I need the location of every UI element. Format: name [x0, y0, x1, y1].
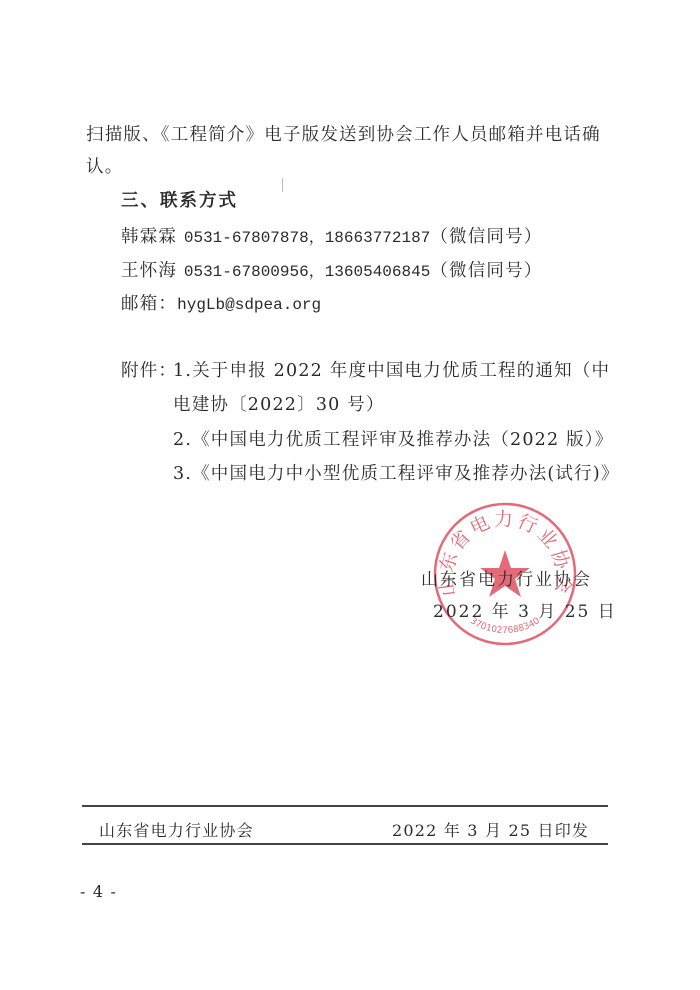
contact-phone: 0531-67800956，13605406845	[184, 263, 430, 281]
signature-organization: 山东省电力行业协会	[421, 565, 592, 590]
contact-name: 王怀海	[121, 261, 177, 281]
email-label: 邮箱：	[121, 294, 177, 314]
contact-row: 王怀海 0531-67800956，13605406845（微信同号）	[121, 257, 543, 282]
attachment-item-2: 2.《中国电力优质工程评审及推荐办法（2022 版）》	[173, 426, 613, 451]
footer-bottom-rule	[82, 843, 608, 845]
paragraph-continuation-line-1: 扫描版、《工程简介》电子版发送到协会工作人员邮箱并电话确	[86, 121, 601, 146]
attachment-item-1: 1.关于申报 2022 年度中国电力优质工程的通知（中	[173, 357, 610, 382]
email-row: 邮箱：hygLb@sdpea.org	[121, 290, 321, 315]
attachment-item-1-cont: 电建协〔2022〕30 号）	[173, 391, 385, 416]
footer-organization: 山东省电力行业协会	[99, 818, 254, 841]
signature-date: 2022 年 3 月 25 日	[433, 597, 617, 622]
section-heading-contact: 三、联系方式	[121, 187, 238, 212]
email-address: hygLb@sdpea.org	[177, 296, 321, 314]
contact-row: 韩霖霖 0531-67807878，18663772187（微信同号）	[121, 223, 543, 248]
contact-name: 韩霖霖	[121, 227, 177, 247]
footer-top-rule	[82, 805, 608, 807]
contact-note: （微信同号）	[430, 261, 542, 281]
scan-mark	[282, 178, 283, 192]
page-number: - 4 -	[80, 882, 117, 901]
contact-phone: 0531-67807878，18663772187	[184, 229, 430, 247]
paragraph-continuation-line-2: 认。	[86, 153, 123, 178]
attachments-label: 附件：	[121, 357, 177, 382]
contact-note: （微信同号）	[430, 227, 542, 247]
footer-issue-date: 2022 年 3 月 25 日印发	[392, 818, 589, 841]
attachment-item-3: 3.《中国电力中小型优质工程评审及推荐办法(试行)》	[173, 460, 620, 485]
